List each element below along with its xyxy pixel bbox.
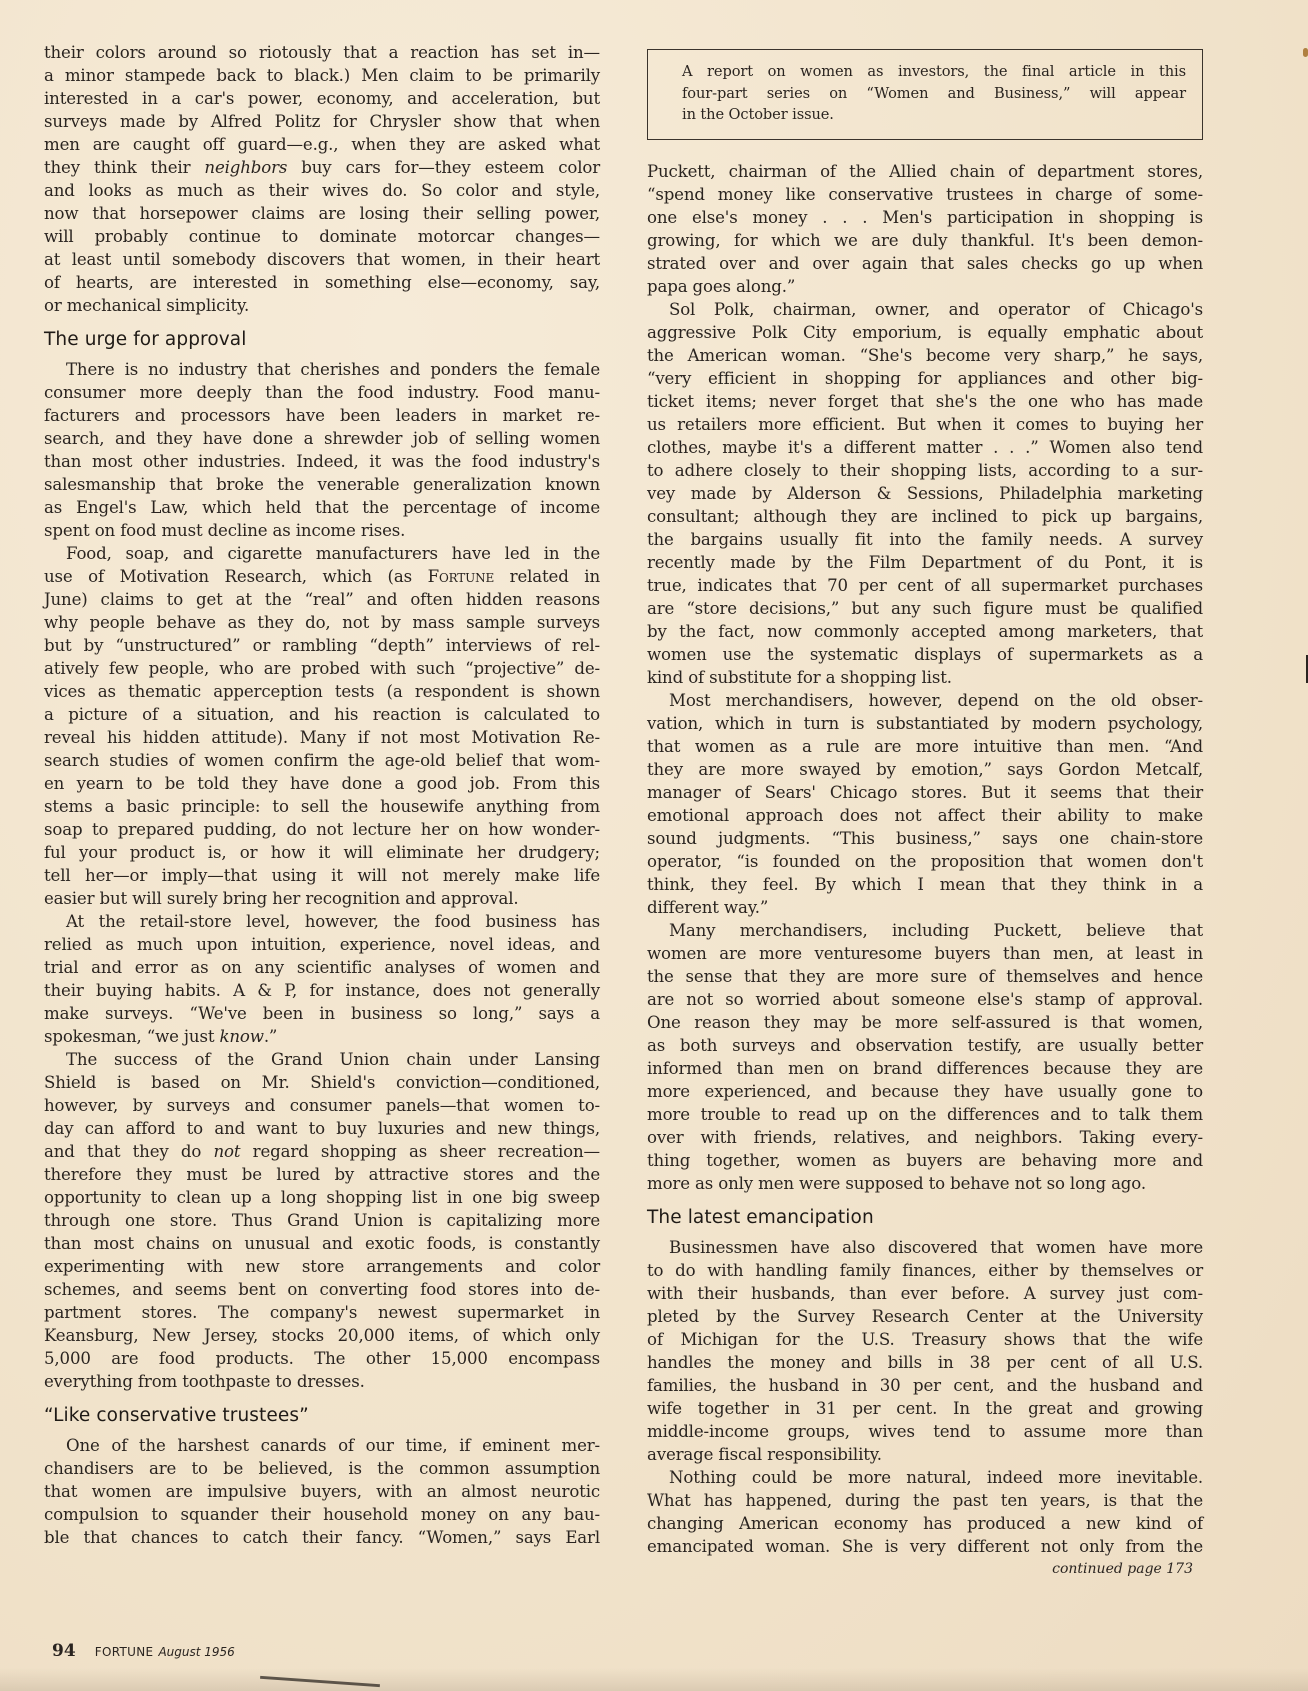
text-line: recently made by the Film Department of … bbox=[647, 551, 1203, 574]
text-line: changing American economy has produced a… bbox=[647, 1512, 1203, 1535]
page-number: 94 bbox=[52, 1641, 76, 1661]
text-line: vey made by Alderson & Sessions, Philade… bbox=[647, 482, 1203, 505]
text-line: of hearts, are interested in something e… bbox=[44, 271, 600, 294]
paragraph-venturesome-buyers: Many merchandisers, including Puckett, b… bbox=[647, 919, 1203, 1195]
paragraph-grand-union: The success of the Grand Union chain und… bbox=[44, 1048, 600, 1393]
text-line: emotional approach does not affect their… bbox=[647, 804, 1203, 827]
text-line: the bargains usually fit into the family… bbox=[647, 528, 1203, 551]
text-line: and that they do not regard shopping as … bbox=[44, 1140, 600, 1163]
text-line: their colors around so riotously that a … bbox=[44, 41, 600, 64]
text-line: en yearn to be told they have done a goo… bbox=[44, 772, 600, 795]
text-line: soap to prepared pudding, do not lecture… bbox=[44, 818, 600, 841]
text-line: make surveys. “We've been in business so… bbox=[44, 1002, 600, 1025]
text-line: a minor stampede back to black.) Men cla… bbox=[44, 64, 600, 87]
paragraph-emancipated-woman: Nothing could be more natural, indeed mo… bbox=[647, 1466, 1203, 1558]
text-line: more as only men were supposed to behave… bbox=[647, 1172, 1203, 1195]
text-line: Many merchandisers, including Puckett, b… bbox=[647, 919, 1203, 942]
text-line: facturers and processors have been leade… bbox=[44, 404, 600, 427]
emphasis-text: not bbox=[213, 1142, 240, 1161]
text-line: aggressive Polk City emporium, is equall… bbox=[647, 321, 1203, 344]
text-line: think, they feel. By which I mean that t… bbox=[647, 873, 1203, 896]
text-line: sound judgments. “This business,” says o… bbox=[647, 827, 1203, 850]
text-line: Keansburg, New Jersey, stocks 20,000 ite… bbox=[44, 1324, 600, 1347]
text-line: consumer more deeply than the food indus… bbox=[44, 381, 600, 404]
text-line: are not so worried about someone else's … bbox=[647, 988, 1203, 1011]
text-run: regard shopping as sheer recreation— bbox=[240, 1142, 600, 1161]
notice-line: in the October issue. bbox=[682, 104, 1186, 126]
paragraph-motivation-research: Food, soap, and cigarette manufacturers … bbox=[44, 542, 600, 910]
paragraph-family-finances: Businessmen have also discovered that wo… bbox=[647, 1236, 1203, 1466]
text-line: they think their neighbors buy cars for—… bbox=[44, 156, 600, 179]
text-line: At the retail-store level, however, the … bbox=[44, 910, 600, 933]
text-line: There is no industry that cherishes and … bbox=[44, 358, 600, 381]
text-line: middle-income groups, wives tend to assu… bbox=[647, 1420, 1203, 1443]
text-line: consultant; although they are inclined t… bbox=[647, 505, 1203, 528]
text-line: compulsion to squander their household m… bbox=[44, 1503, 600, 1526]
text-line: Puckett, chairman of the Allied chain of… bbox=[647, 160, 1203, 183]
text-line: but by “unstructured” or rambling “depth… bbox=[44, 634, 600, 657]
text-line: the American woman. “She's become very s… bbox=[647, 344, 1203, 367]
paragraph-food-industry: There is no industry that cherishes and … bbox=[44, 358, 600, 542]
text-line: and looks as much as their wives do. So … bbox=[44, 179, 600, 202]
text-line: “very efficient in shopping for applianc… bbox=[647, 367, 1203, 390]
text-line: tell her—or imply—that using it will not… bbox=[44, 864, 600, 887]
text-line: What has happened, during the past ten y… bbox=[647, 1489, 1203, 1512]
text-run: they think their bbox=[44, 158, 204, 177]
text-run: spokesman, “we just bbox=[44, 1027, 219, 1046]
text-line: emancipated woman. She is very different… bbox=[647, 1535, 1203, 1558]
emphasis-text: neighbors bbox=[204, 158, 287, 177]
text-line: through one store. Thus Grand Union is c… bbox=[44, 1209, 600, 1232]
text-line: growing, for which we are duly thankful.… bbox=[647, 229, 1203, 252]
text-line: reveal his hidden attitude). Many if not… bbox=[44, 726, 600, 749]
text-run: buy cars for—they esteem color bbox=[287, 158, 600, 177]
text-line: to do with handling family finances, eit… bbox=[647, 1259, 1203, 1282]
text-line: women use the systematic displays of sup… bbox=[647, 643, 1203, 666]
text-line: manager of Sears' Chicago stores. But it… bbox=[647, 781, 1203, 804]
text-line: “spend money like conservative trustees … bbox=[647, 183, 1203, 206]
text-line: ful your product is, or how it will elim… bbox=[44, 841, 600, 864]
text-line: they are more swayed by emotion,” says G… bbox=[647, 758, 1203, 781]
text-line: us retailers more efficient. But when it… bbox=[647, 413, 1203, 436]
text-line: of Michigan for the U.S. Treasury shows … bbox=[647, 1328, 1203, 1351]
text-line: or mechanical simplicity. bbox=[44, 294, 600, 317]
text-line: trial and error as on any scientific ana… bbox=[44, 956, 600, 979]
text-line: schemes, and seems bent on converting fo… bbox=[44, 1278, 600, 1301]
section-heading-urge-for-approval: The urge for approval bbox=[44, 327, 600, 353]
paragraph-retail-store-level: At the retail-store level, however, the … bbox=[44, 910, 600, 1048]
text-line: pleted by the Survey Research Center at … bbox=[647, 1305, 1203, 1328]
text-line: why people behave as they do, not by mas… bbox=[44, 611, 600, 634]
text-line: search studies of women confirm the age-… bbox=[44, 749, 600, 772]
text-line: now that horsepower claims are losing th… bbox=[44, 202, 600, 225]
text-line: Food, soap, and cigarette manufacturers … bbox=[44, 542, 600, 565]
text-line: than most other industries. Indeed, it w… bbox=[44, 450, 600, 473]
text-run: use of Motivation Research, which (as bbox=[44, 567, 428, 586]
text-line: more experienced, and because they have … bbox=[647, 1080, 1203, 1103]
text-line: a picture of a situation, and his reacti… bbox=[44, 703, 600, 726]
text-line: ticket items; never forget that she's th… bbox=[647, 390, 1203, 413]
text-line: experimenting with new store arrangement… bbox=[44, 1255, 600, 1278]
text-line: search, and they have done a shrewder jo… bbox=[44, 427, 600, 450]
text-line: that women as a rule are more intuitive … bbox=[647, 735, 1203, 758]
text-line: day can afford to and want to buy luxuri… bbox=[44, 1117, 600, 1140]
text-line: One of the harshest canards of our time,… bbox=[44, 1434, 600, 1457]
magazine-page: their colors around so riotously that a … bbox=[0, 0, 1308, 1691]
text-line: June) claims to get at the “real” and of… bbox=[44, 588, 600, 611]
text-line: vation, which in turn is substantiated b… bbox=[647, 712, 1203, 735]
notice-line: A report on women as investors, the fina… bbox=[682, 61, 1186, 83]
text-line: however, by surveys and consumer panels—… bbox=[44, 1094, 600, 1117]
paragraph-harshest-canards: One of the harshest canards of our time,… bbox=[44, 1434, 600, 1549]
publication-name-smallcaps: Fortune bbox=[428, 567, 495, 586]
text-line: Nothing could be more natural, indeed mo… bbox=[647, 1466, 1203, 1489]
text-line: as Engel's Law, which held that the perc… bbox=[44, 496, 600, 519]
paragraph-most-merchandisers: Most merchandisers, however, depend on t… bbox=[647, 689, 1203, 919]
text-line: spokesman, “we just know.” bbox=[44, 1025, 600, 1048]
continued-on-page-link[interactable]: continued page 173 bbox=[647, 1558, 1203, 1580]
text-line: average fiscal responsibility. bbox=[647, 1443, 1203, 1466]
text-line: The success of the Grand Union chain und… bbox=[44, 1048, 600, 1071]
text-line: vices as thematic apperception tests (a … bbox=[44, 680, 600, 703]
text-line: use of Motivation Research, which (as Fo… bbox=[44, 565, 600, 588]
section-heading-latest-emancipation: The latest emancipation bbox=[647, 1205, 1203, 1231]
text-line: easier but will surely bring her recogni… bbox=[44, 887, 600, 910]
text-run: and that they do bbox=[44, 1142, 213, 1161]
text-line: 5,000 are food products. The other 15,00… bbox=[44, 1347, 600, 1370]
left-column: their colors around so riotously that a … bbox=[44, 41, 600, 1549]
text-line: the sense that they are more sure of the… bbox=[647, 965, 1203, 988]
text-line: with their husbands, than ever before. A… bbox=[647, 1282, 1203, 1305]
page-footer: 94 FORTUNE August 1956 bbox=[52, 1641, 235, 1661]
text-line: wife together in 31 per cent. In the gre… bbox=[647, 1397, 1203, 1420]
text-line: their buying habits. A & P, for instance… bbox=[44, 979, 600, 1002]
text-line: chandisers are to be believed, is the co… bbox=[44, 1457, 600, 1480]
text-line: stems a basic principle: to sell the hou… bbox=[44, 795, 600, 818]
text-line: atively few people, who are probed with … bbox=[44, 657, 600, 680]
paragraph-puckett-quote: Puckett, chairman of the Allied chain of… bbox=[647, 160, 1203, 298]
text-line: are “store decisions,” but any such figu… bbox=[647, 597, 1203, 620]
text-line: different way.” bbox=[647, 896, 1203, 919]
text-line: than most chains on unusual and exotic f… bbox=[44, 1232, 600, 1255]
text-line: men are caught off guard—e.g., when they… bbox=[44, 133, 600, 156]
paragraph-sol-polk: Sol Polk, chairman, owner, and operator … bbox=[647, 298, 1203, 689]
text-line: relied as much upon intuition, experienc… bbox=[44, 933, 600, 956]
text-line: informed than men on brand differences b… bbox=[647, 1057, 1203, 1080]
text-line: at least until somebody discovers that w… bbox=[44, 248, 600, 271]
text-line: operator, “is founded on the proposition… bbox=[647, 850, 1203, 873]
text-line: more trouble to read up on the differenc… bbox=[647, 1103, 1203, 1126]
issue-date: August 1956 bbox=[158, 1645, 234, 1659]
paper-stain-mark bbox=[1303, 48, 1308, 57]
text-line: therefore they must be lured by attracti… bbox=[44, 1163, 600, 1186]
text-line: Businessmen have also discovered that wo… bbox=[647, 1236, 1203, 1259]
text-line: interested in a car's power, economy, an… bbox=[44, 87, 600, 110]
text-line: Shield is based on Mr. Shield's convicti… bbox=[44, 1071, 600, 1094]
publication-name: FORTUNE bbox=[95, 1645, 154, 1659]
emphasis-text: know bbox=[219, 1027, 263, 1046]
text-line: kind of substitute for a shopping list. bbox=[647, 666, 1203, 689]
text-run: .” bbox=[264, 1027, 277, 1046]
text-line: partment stores. The company's newest su… bbox=[44, 1301, 600, 1324]
notice-line: four-part series on “Women and Business,… bbox=[682, 83, 1186, 105]
text-line: by the fact, now commonly accepted among… bbox=[647, 620, 1203, 643]
text-line: everything from toothpaste to dresses. bbox=[44, 1370, 600, 1393]
text-line: thing together, women as buyers are beha… bbox=[647, 1149, 1203, 1172]
text-line: that women are impulsive buyers, with an… bbox=[44, 1480, 600, 1503]
text-line: one else's money . . . Men's participati… bbox=[647, 206, 1203, 229]
text-line: will probably continue to dominate motor… bbox=[44, 225, 600, 248]
text-line: families, the husband in 30 per cent, an… bbox=[647, 1374, 1203, 1397]
text-line: surveys made by Alfred Politz for Chrysl… bbox=[44, 110, 600, 133]
text-line: salesmanship that broke the venerable ge… bbox=[44, 473, 600, 496]
text-line: women are more venturesome buyers than m… bbox=[647, 942, 1203, 965]
page-fold-shadow bbox=[0, 1668, 1308, 1691]
text-line: ble that chances to catch their fancy. “… bbox=[44, 1526, 600, 1549]
series-notice-box: A report on women as investors, the fina… bbox=[647, 49, 1203, 140]
intro-paragraph: their colors around so riotously that a … bbox=[44, 41, 600, 317]
text-line: strated over and over again that sales c… bbox=[647, 252, 1203, 275]
text-line: true, indicates that 70 per cent of all … bbox=[647, 574, 1203, 597]
text-line: to adhere closely to their shopping list… bbox=[647, 459, 1203, 482]
text-line: Most merchandisers, however, depend on t… bbox=[647, 689, 1203, 712]
text-line: over with friends, relatives, and neighb… bbox=[647, 1126, 1203, 1149]
text-line: opportunity to clean up a long shopping … bbox=[44, 1186, 600, 1209]
right-column: A report on women as investors, the fina… bbox=[647, 41, 1203, 1580]
text-line: as both surveys and observation testify,… bbox=[647, 1034, 1203, 1057]
text-line: clothes, maybe it's a different matter .… bbox=[647, 436, 1203, 459]
text-line: handles the money and bills in 38 per ce… bbox=[647, 1351, 1203, 1374]
text-run: related in bbox=[494, 567, 600, 586]
section-heading-conservative-trustees: “Like conservative trustees” bbox=[44, 1403, 600, 1429]
text-line: papa goes along.” bbox=[647, 275, 1203, 298]
text-line: One reason they may be more self-assured… bbox=[647, 1011, 1203, 1034]
text-line: Sol Polk, chairman, owner, and operator … bbox=[647, 298, 1203, 321]
text-line: spent on food must decline as income ris… bbox=[44, 519, 600, 542]
